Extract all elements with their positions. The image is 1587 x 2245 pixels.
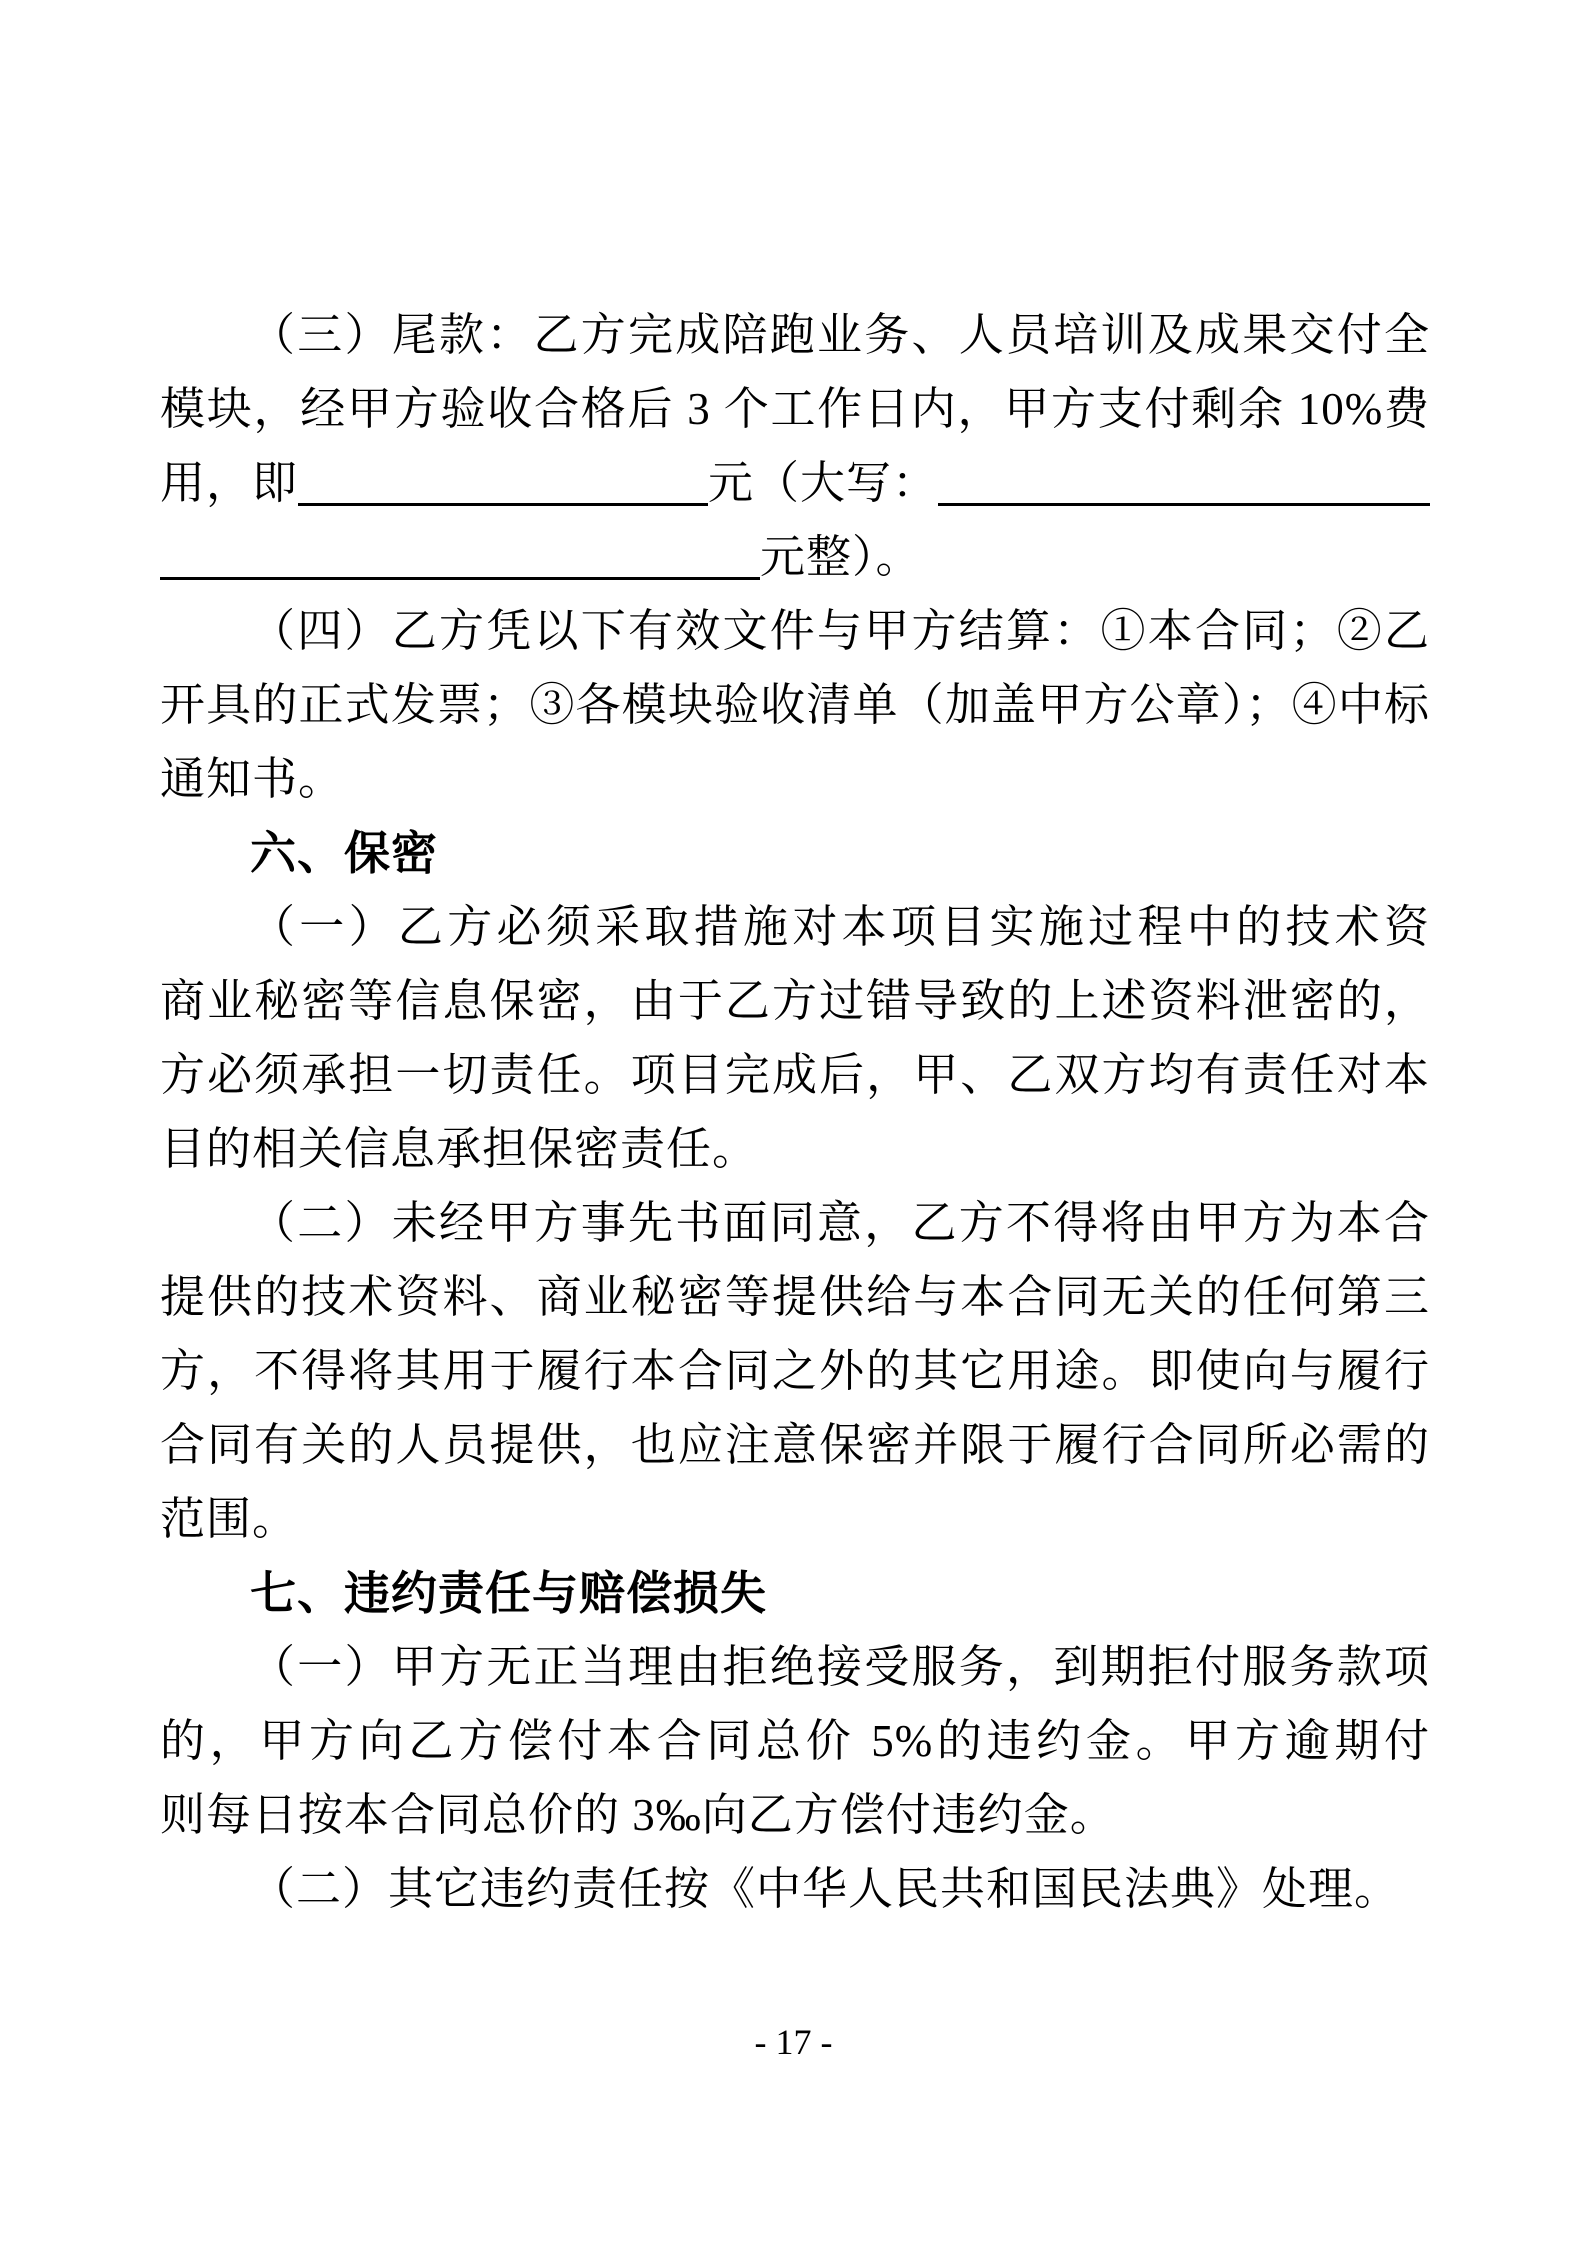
clause-amount-fill-line: 元整）。 xyxy=(160,520,1430,594)
section-heading-breach: 七、违约责任与赔偿损失 xyxy=(160,1556,1430,1630)
clause-confidentiality-line: 目的相关信息承担保密责任。 xyxy=(160,1112,1430,1186)
clause-confidentiality-line: （一）乙方必须采取措施对本项目实施过程中的技术资料、 xyxy=(160,890,1430,964)
document-page: （三）尾款：乙方完成陪跑业务、人员培训及成果交付全部模块，经甲方验收合格后 3 … xyxy=(0,0,1587,2245)
text-segment: 用，即 xyxy=(160,446,298,520)
clause-amount-fill-line: 用，即元（大写： xyxy=(160,446,1430,520)
clause-breach-line: 则每日按本合同总价的 3‰向乙方偿付违约金。 xyxy=(160,1778,1430,1852)
text-segment: 元整）。 xyxy=(760,520,922,594)
section-heading-confidentiality: 六、保密 xyxy=(160,816,1430,890)
clause-confidentiality-line: 范围。 xyxy=(160,1482,1430,1556)
clause-confidentiality-line: （二）未经甲方事先书面同意，乙方不得将由甲方为本合同 xyxy=(160,1186,1430,1260)
blank-underline xyxy=(160,577,760,580)
clause-confidentiality-line: 方必须承担一切责任。项目完成后，甲、乙双方均有责任对本项 xyxy=(160,1038,1430,1112)
blank-underline xyxy=(298,503,708,506)
clause-confidentiality-line: 方，不得将其用于履行本合同之外的其它用途。即使向与履行本 xyxy=(160,1334,1430,1408)
clause-settlement-line: （四）乙方凭以下有效文件与甲方结算：①本合同；②乙方 xyxy=(160,594,1430,668)
clause-breach-line: （一）甲方无正当理由拒绝接受服务，到期拒付服务款项 xyxy=(160,1630,1430,1704)
clause-confidentiality-line: 商业秘密等信息保密，由于乙方过错导致的上述资料泄密的，乙 xyxy=(160,964,1430,1038)
clause-breach-line: 的，甲方向乙方偿付本合同总价 5%的违约金。甲方逾期付款， xyxy=(160,1704,1430,1778)
clause-confidentiality-line: 提供的技术资料、商业秘密等提供给与本合同无关的任何第三 xyxy=(160,1260,1430,1334)
clause-settlement-line: 通知书。 xyxy=(160,742,1430,816)
clause-tail-payment-line: （三）尾款：乙方完成陪跑业务、人员培训及成果交付全部 xyxy=(160,298,1430,372)
clause-breach-line: （二）其它违约责任按《中华人民共和国民法典》处理。 xyxy=(160,1852,1430,1926)
contract-body: （三）尾款：乙方完成陪跑业务、人员培训及成果交付全部模块，经甲方验收合格后 3 … xyxy=(160,298,1430,1926)
clause-settlement-line: 开具的正式发票；③各模块验收清单（加盖甲方公章）；④中标 xyxy=(160,668,1430,742)
page-number: - 17 - xyxy=(0,2020,1587,2064)
clause-tail-payment-line: 模块，经甲方验收合格后 3 个工作日内，甲方支付剩余 10%费 xyxy=(160,372,1430,446)
blank-underline xyxy=(938,503,1430,506)
text-segment: 元（大写： xyxy=(708,446,938,520)
clause-confidentiality-line: 合同有关的人员提供，也应注意保密并限于履行合同所必需的 xyxy=(160,1408,1430,1482)
